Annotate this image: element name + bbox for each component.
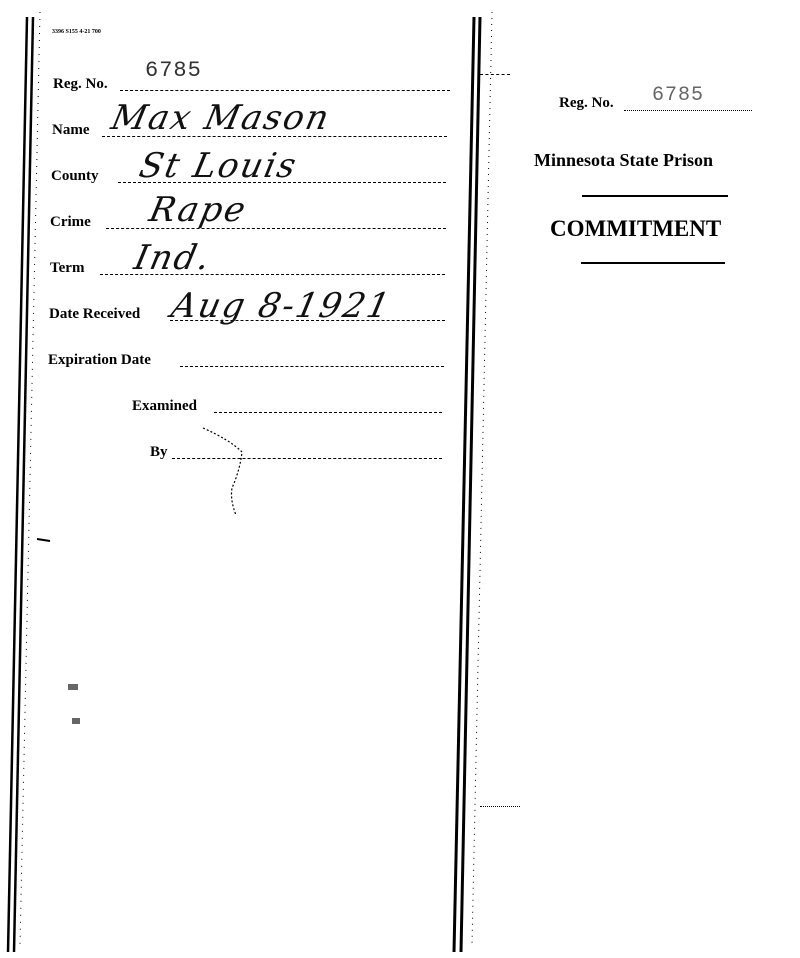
county-label: County: [51, 168, 99, 185]
form-code: 3396 S155 4-21 700: [52, 29, 101, 35]
name-label: Name: [52, 122, 90, 139]
by-label: By: [150, 444, 168, 461]
by-line: [172, 458, 442, 459]
expiration-date-label: Expiration Date: [48, 352, 151, 369]
county-value: St Louis: [136, 146, 302, 186]
date-received-value: Aug 8-1921: [168, 286, 395, 326]
name-value: Max Mason: [108, 98, 334, 138]
divider-top: [582, 195, 728, 197]
divider-bottom: [581, 262, 725, 264]
right-reg-no-label: Reg. No.: [559, 95, 614, 112]
crime-value: Rape: [146, 190, 251, 230]
term-value: Ind.: [131, 238, 215, 278]
term-label: Term: [50, 260, 84, 277]
document-title: COMMITMENT: [550, 216, 721, 242]
right-reg-no-line: [624, 110, 752, 111]
institution-name: Minnesota State Prison: [534, 150, 713, 171]
reg-no-label: Reg. No.: [53, 76, 108, 93]
examined-label: Examined: [132, 398, 197, 415]
examined-line: [214, 412, 442, 413]
scan-artifact: [72, 718, 80, 724]
scan-artifact: [480, 806, 520, 808]
card-border-lines: [0, 0, 800, 958]
date-received-label: Date Received: [49, 306, 140, 323]
right-reg-no-value: 6785: [652, 84, 704, 107]
crime-label: Crime: [50, 214, 91, 231]
scan-artifact: [68, 684, 78, 690]
reg-no-value: 6785: [145, 58, 202, 83]
expiration-date-line: [180, 366, 444, 367]
reg-no-line: [120, 90, 450, 91]
scan-artifact: [480, 74, 510, 76]
